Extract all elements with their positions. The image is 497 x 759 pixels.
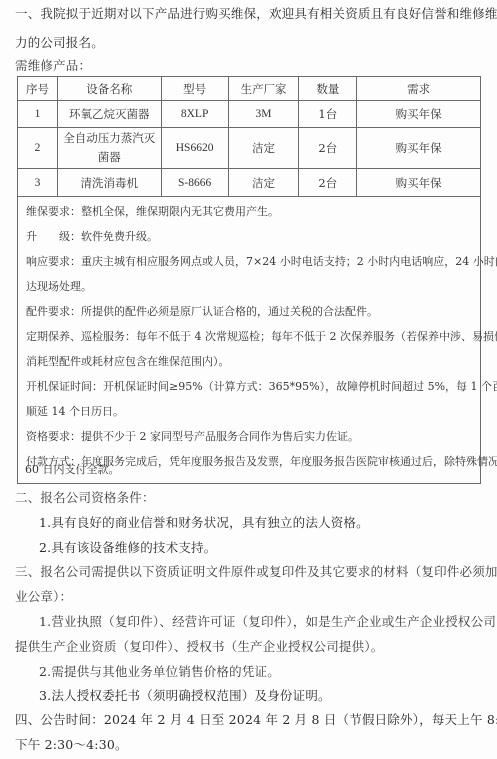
cell-model: HS6620: [161, 128, 228, 169]
req-qualification: 资格要求：提供不少于 2 家同型号产品服务合同作为售后实力佐证。: [26, 430, 359, 444]
cell-qty: 1台: [299, 101, 357, 128]
req-maintenance: 维保要求：整机全保，维保期限内无其它费用产生。: [26, 205, 279, 219]
cell-qty: 2台: [299, 128, 357, 169]
section2-item-1: 1.具有良好的商业信誉和财务状况，具有独立的法人资格。: [39, 515, 369, 531]
section2-title: 二、报名公司资格条件：: [15, 490, 155, 506]
cell-no: 1: [18, 101, 58, 128]
table-row: 1 环氧乙烷灭菌器 8XLP 3M 1台 购买年保: [18, 101, 481, 128]
section3-item-2: 2.需提供与其他业务单位销售价格的凭证。: [39, 664, 280, 680]
header-qty: 数量: [299, 77, 357, 101]
cell-maker: 洁定: [228, 128, 299, 169]
header-model: 型号: [161, 77, 228, 101]
cell-name-line-1: 全自动压力蒸汽灭: [58, 129, 161, 148]
req-response-cont: 达现场处理。: [26, 280, 92, 294]
header-maker: 生产厂家: [228, 77, 299, 101]
cell-no: 3: [18, 169, 58, 197]
req-inspection-cont: 消耗型配件或耗材应包含在维保范围内）。: [26, 355, 230, 369]
cell-name: 清洗消毒机: [57, 169, 161, 197]
equipment-table: 序号 设备名称 型号 生产厂家 数量 需求 1 环氧乙烷灭菌器 8XLP 3M …: [17, 76, 481, 197]
section3-title-1: 三、报名公司需提供以下资质证明文件原件或复印件及其它要求的材料（复印件必须加盖企: [15, 564, 497, 580]
req-upgrade: 升 级：软件免费升级。: [26, 230, 158, 244]
cell-maker: 洁定: [228, 169, 299, 197]
section2-item-2: 2.具有该设备维修的技术支持。: [39, 540, 216, 556]
products-label: 需维修产品：: [15, 58, 91, 74]
table-header-row: 序号 设备名称 型号 生产厂家 数量 需求: [18, 77, 481, 101]
section4-line-2: 下午 2:30～4:30。: [15, 737, 128, 753]
req-uptime: 开机保证时间：开机保证时间≥95%（计算方式：365*95%），故障停机时间超过…: [26, 380, 497, 394]
table-row: 2 全自动压力蒸汽灭 菌器 HS6620 洁定 2台 购买年保: [18, 128, 481, 169]
header-no: 序号: [18, 77, 58, 101]
req-parts: 配件要求：所提供的配件必须是原厂认证合格的，通过关税的合法配件。: [26, 305, 378, 319]
cell-need: 购买年保: [357, 169, 481, 197]
requirements-box: 维保要求：整机全保，维保期限内无其它费用产生。 升 级：软件免费升级。 响应要求…: [17, 196, 481, 484]
cell-name: 全自动压力蒸汽灭 菌器: [57, 128, 161, 169]
cell-qty: 2台: [299, 169, 357, 197]
cell-model: 8XLP: [161, 101, 228, 128]
cell-no: 2: [18, 128, 58, 169]
req-response: 响应要求：重庆主城有相应服务网点或人员，7×24 小时电话支持；2 小时内电话响…: [26, 255, 497, 269]
section3-item-3: 3.法人授权委托书（须明确授权范围）及身份证明。: [39, 688, 331, 704]
cell-model: S-8666: [161, 169, 228, 197]
intro-line-1: 一、我院拟于近期对以下产品进行购买维保，欢迎具有相关资质且有良好信誉和维修维保能: [15, 6, 497, 22]
header-name: 设备名称: [57, 77, 161, 101]
table-row: 3 清洗消毒机 S-8666 洁定 2台 购买年保: [18, 169, 481, 197]
cell-need: 购买年保: [357, 101, 481, 128]
cell-name: 环氧乙烷灭菌器: [57, 101, 161, 128]
cell-maker: 3M: [228, 101, 299, 128]
header-need: 需求: [357, 77, 481, 101]
req-inspection: 定期保养、巡检服务：每年不低于 4 次常规巡检；每年不低于 2 次保养服务（若保…: [26, 330, 497, 344]
section3-title-2: 业公章）：: [15, 589, 72, 605]
section4-line-1: 四、公告时间：2024 年 2 月 4 日至 2024 年 2 月 8 日（节假…: [15, 712, 497, 728]
cell-need: 购买年保: [357, 128, 481, 169]
intro-line-2: 力的公司报名。: [15, 35, 104, 51]
cell-name-line-2: 菌器: [58, 148, 161, 167]
req-payment-cont: 60 日内支付全款。: [25, 463, 120, 477]
section3-item-1-line-2: 提供生产企业资质（复印件）、授权书（生产企业授权公司提供）。: [15, 639, 384, 655]
req-uptime-cont: 顺延 14 个日历日。: [26, 405, 124, 419]
section3-item-1-line-1: 1.营业执照（复印件）、经营许可证（复印件），如是生产企业或生产企业授权公司，: [39, 614, 497, 630]
